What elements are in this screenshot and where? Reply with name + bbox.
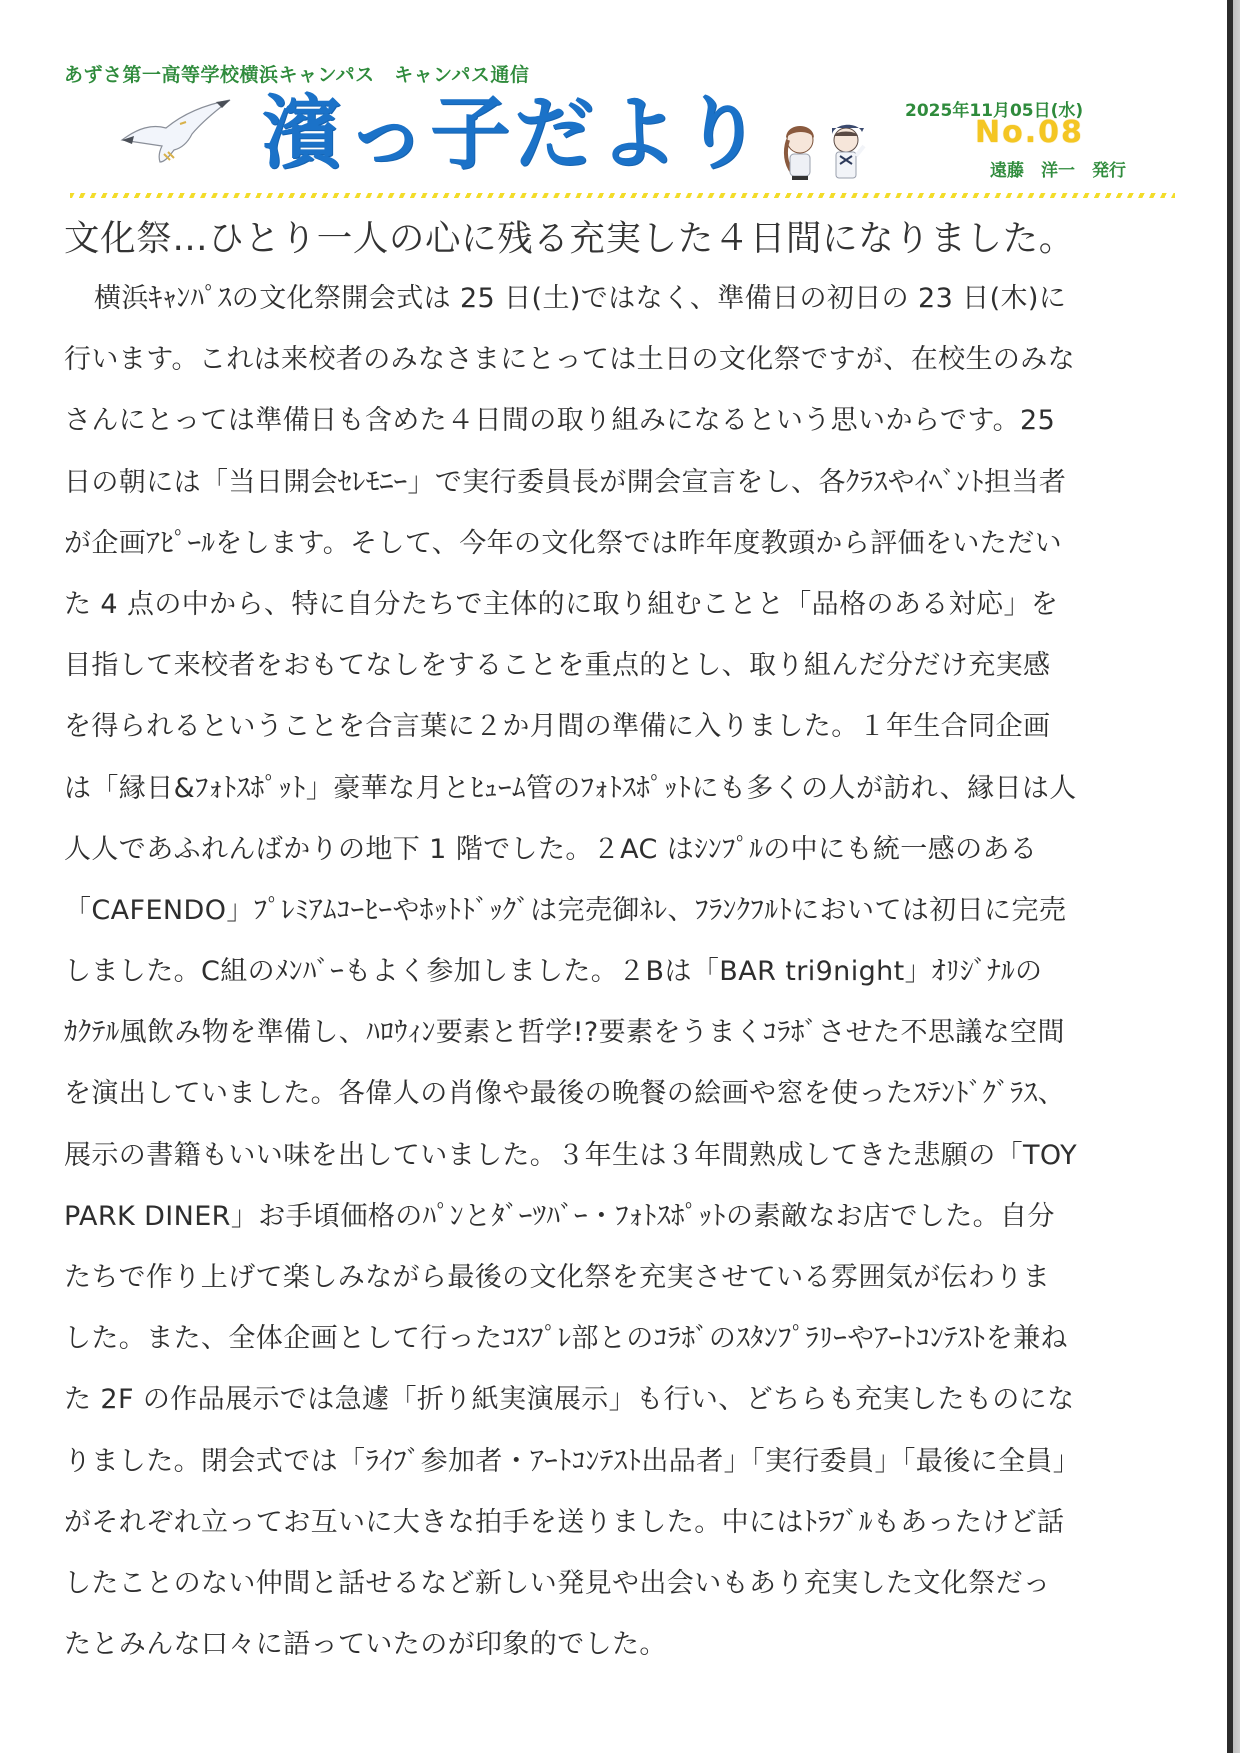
issue-number: No.08 <box>975 118 1084 148</box>
header-divider <box>70 193 1175 198</box>
body-line: 「CAFENDO」ﾌﾟﾚﾐｱﾑｺｰﾋｰやﾎｯﾄﾄﾞｯｸﾞは完売御ﾈﾚ、ﾌﾗﾝｸﾌ… <box>64 890 1174 951</box>
body-line: PARK DINER」お手頃価格のﾊﾟﾝとﾀﾞｰﾂﾊﾞｰ・ﾌｫﾄｽﾎﾟｯﾄの素敵… <box>64 1196 1174 1257</box>
student-characters-icon <box>770 112 880 192</box>
body-line: が企画ｱﾋﾟｰﾙをします。そして、今年の文化祭では昨年度教頭から評価をいただい <box>64 523 1174 584</box>
school-name: あずさ第一高等学校横浜キャンパス キャンパス通信 <box>64 60 529 87</box>
body-line: 日の朝には「当日開会ｾﾚﾓﾆｰ」で実行委員長が開会宣言をし、各ｸﾗｽやｲﾍﾞﾝﾄ… <box>64 462 1174 523</box>
body-line: 横浜ｷｬﾝﾊﾟｽの文化祭開会式は 25 日(土)ではなく、準備日の初日の 23 … <box>64 278 1174 339</box>
body-line: を得られるということを合言葉に２か月間の準備に入りました。１年生合同企画 <box>64 706 1174 767</box>
body-line: たとみんな口々に語っていたのが印象的でした。 <box>64 1624 1174 1685</box>
body-line: を演出していました。各偉人の肖像や最後の晩餐の絵画や窓を使ったｽﾃﾝﾄﾞｸﾞﾗｽ… <box>64 1073 1174 1134</box>
masthead-title: 濱っ子だより <box>262 94 766 174</box>
seagull-icon <box>118 98 236 166</box>
body-line: した。また、全体企画として行ったｺｽﾌﾟﾚ部とのｺﾗﾎﾞのｽﾀﾝﾌﾟﾗﾘｰやｱｰ… <box>64 1318 1174 1379</box>
body-line: ｶｸﾃﾙ風飲み物を準備し、ﾊﾛｳｨﾝ要素と哲学!?要素をうまくｺﾗﾎﾞさせた不思… <box>64 1012 1174 1073</box>
body-line: た 4 点の中から、特に自分たちで主体的に取り組むことと「品格のある対応」を <box>64 584 1174 645</box>
scanner-edge <box>1227 0 1240 1753</box>
body-line: 目指して来校者をおもてなしをすることを重点的とし、取り組んだ分だけ充実感 <box>64 645 1174 706</box>
publisher-name: 遠藤 洋一 発行 <box>990 156 1126 181</box>
body-line: は「縁日&ﾌｫﾄｽﾎﾟｯﾄ」豪華な月とﾋｭｰﾑ管のﾌｫﾄｽﾎﾟｯﾄにも多くの人が… <box>64 768 1174 829</box>
body-line: 人人であふれんばかりの地下 1 階でした。２AC はｼﾝﾌﾟﾙの中にも統一感のあ… <box>64 829 1174 890</box>
body-line: りました。閉会式では「ﾗｲﾌﾞ参加者・ｱｰﾄｺﾝﾃｽﾄ出品者」「実行委員」「最後… <box>64 1441 1174 1502</box>
article-headline: 文化祭…ひとり一人の心に残る充実した４日間になりました。 <box>64 218 1075 261</box>
body-line: さんにとっては準備日も含めた４日間の取り組みになるという思いからです。25 <box>64 400 1174 461</box>
body-line: したことのない仲間と話せるなど新しい発見や出会いもあり充実した文化祭だっ <box>64 1563 1174 1624</box>
body-line: がそれぞれ立ってお互いに大きな拍手を送りました。中にはﾄﾗﾌﾞﾙもあったけど話 <box>64 1502 1174 1563</box>
body-line: 行います。これは来校者のみなさまにとっては土日の文化祭ですが、在校生のみな <box>64 339 1174 400</box>
newsletter-header: あずさ第一高等学校横浜キャンパス キャンパス通信 濱っ子だより 2025年11月… <box>0 0 1240 205</box>
body-line: 展示の書籍もいい味を出していました。３年生は３年間熟成してきた悲願の「TOY <box>64 1135 1174 1196</box>
article-body: 横浜ｷｬﾝﾊﾟｽの文化祭開会式は 25 日(土)ではなく、準備日の初日の 23 … <box>64 278 1174 1685</box>
body-line: たちで作り上げて楽しみながら最後の文化祭を充実させている雰囲気が伝わりま <box>64 1257 1174 1318</box>
body-line: た 2F の作品展示では急遽「折り紙実演展示」も行い、どちらも充実したものにな <box>64 1379 1174 1440</box>
body-line: しました。C組のﾒﾝﾊﾞｰもよく参加しました。２Bは「BAR tri9night… <box>64 951 1174 1012</box>
